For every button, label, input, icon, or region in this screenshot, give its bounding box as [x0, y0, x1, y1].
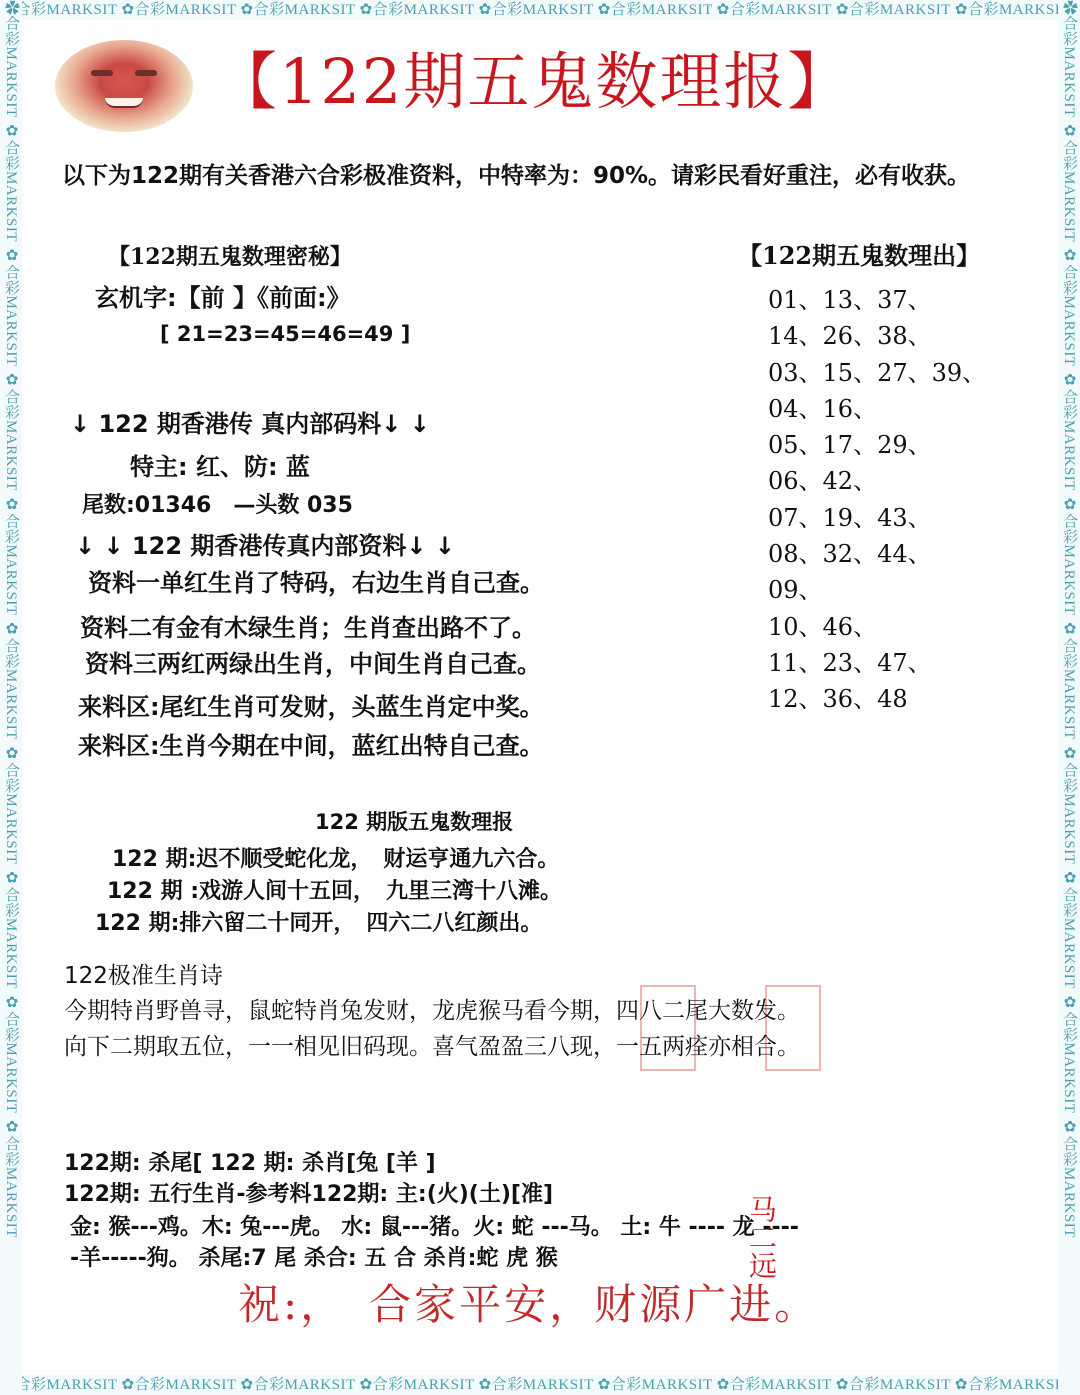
border-watermark-left: ✿合彩MARKSIT ✿合彩MARKSIT ✿合彩MARKSIT ✿合彩MARK…	[0, 0, 22, 1395]
number-row: 01、13、37、	[768, 282, 986, 318]
zodiac-poem-line: 今期特肖野兽寻，鼠蛇特肖兔发财，龙虎猴马看今期，四八二尾大数发。	[64, 992, 800, 1025]
poem-line: 122 期:排六留二十同开， 四六二八红颜出。	[95, 906, 542, 937]
number-row: 03、15、27、39、	[768, 355, 986, 391]
special-main: 特主: 红、防: 蓝	[130, 447, 310, 482]
kill-summary-line: -羊-----狗。 杀尾:7 尾 杀合: 五 合 杀肖:蛇 虎 猴	[70, 1241, 558, 1272]
number-row: 06、42、	[768, 463, 986, 499]
page-title: 【122期五鬼数理报】	[215, 42, 851, 122]
border-watermark-bottom: ✿合彩MARKSIT ✿合彩MARKSIT ✿合彩MARKSIT ✿合彩MARK…	[0, 1375, 1080, 1395]
blessing-text: 祝:， 合家平安，财源广进。	[238, 1272, 819, 1332]
red-signature: 马二远	[748, 1195, 776, 1279]
section1-title: ↓ 122 期香港传 真内部码料↓ ↓	[70, 404, 430, 439]
intro-paragraph: 以下为122期有关香港六合彩极准资料，中特率为：90%。请彩民看好重注，必有收获…	[62, 158, 1037, 194]
number-row: 09、	[768, 572, 986, 608]
data-item-3: 资料三两红两绿出生肖，中间生肖自己查。	[85, 644, 541, 679]
zodiac-poem-title: 122极准生肖诗	[64, 957, 223, 990]
mouth-shape	[105, 98, 143, 108]
number-row: 04、16、	[768, 391, 986, 427]
item-text: 单红生肖了特码，右边生肖自己查。	[160, 569, 544, 597]
number-row: 05、17、29、	[768, 427, 986, 463]
tail-head-numbers: 尾数:01346 —头数 035	[82, 488, 353, 519]
kill-line: 122期: 杀尾[ 122 期: 杀肖[兔 [羊 ]	[64, 1146, 436, 1177]
border-watermark-right: ✿合彩MARKSIT ✿合彩MARKSIT ✿合彩MARKSIT ✿合彩MARK…	[1058, 0, 1080, 1395]
portrait-avatar-icon	[55, 40, 193, 132]
item-text: 有金有木绿生肖；生肖查出路不了。	[152, 614, 536, 642]
numbers-line: [ 21=23=45=46=49 ]	[160, 322, 410, 346]
section2-title: ↓ ↓ 122 期香港传真内部资料↓ ↓	[75, 526, 455, 561]
eye-shape	[135, 70, 157, 76]
data-item-4: 来料区:尾红生肖可发财，头蓝生肖定中奖。	[78, 687, 544, 722]
item-text: 尾红生肖可发财，头蓝生肖定中奖。	[160, 693, 544, 721]
right-panel-header: 【122期五鬼数理出】	[738, 236, 980, 271]
number-row: 14、26、38、	[768, 318, 986, 354]
item-text: 两红两绿出生肖，中间生肖自己查。	[157, 650, 541, 678]
number-list: 01、13、37、 14、26、38、 03、15、27、39、 04、16、 …	[768, 282, 986, 718]
poem-section-title: 122 期版五鬼数理报	[315, 806, 513, 836]
data-item-5: 来料区:生肖今期在中间，蓝红出特自己查。	[78, 726, 544, 761]
left-panel-header: 【122期五鬼数理密秘】	[108, 240, 352, 271]
item-label: 来料区:	[78, 732, 160, 760]
number-row: 11、23、47、	[768, 645, 986, 681]
number-row: 07、19、43、	[768, 500, 986, 536]
data-item-2: 资料二有金有木绿生肖；生肖查出路不了。	[80, 608, 536, 643]
border-watermark-top: ✿合彩MARKSIT ✿合彩MARKSIT ✿合彩MARKSIT ✿合彩MARK…	[0, 0, 1080, 20]
number-row: 12、36、48	[768, 681, 986, 717]
item-label: 资料二	[80, 614, 152, 642]
item-label: 资料一	[88, 569, 160, 597]
poem-line: 122 期 :戏游人间十五回， 九里三湾十八滩。	[107, 874, 562, 905]
five-elements-line: 122期: 五行生肖-参考料122期: 主:(火)(土)[准]	[64, 1177, 553, 1208]
number-row: 08、32、44、	[768, 536, 986, 572]
eye-shape	[91, 70, 113, 76]
elements-mapping-line: 金: 猴---鸡。木: 兔---虎。 水: 鼠---猪。火: 蛇 ---马。 土…	[70, 1210, 799, 1241]
item-label: 资料三	[85, 650, 157, 678]
number-row: 10、46、	[768, 609, 986, 645]
poem-line: 122 期:迟不顺受蛇化龙， 财运亨通九六合。	[112, 842, 559, 873]
data-item-1: 资料一单红生肖了特码，右边生肖自己查。	[88, 563, 544, 598]
item-text: 生肖今期在中间，蓝红出特自己查。	[160, 732, 544, 760]
zodiac-poem-line: 向下二期取五位，一一相见旧码现。喜气盈盈三八现，一五两痊亦相合。	[64, 1028, 800, 1061]
riddle-word: 玄机字:【前 】《前面:》	[95, 278, 351, 313]
item-label: 来料区:	[78, 693, 160, 721]
